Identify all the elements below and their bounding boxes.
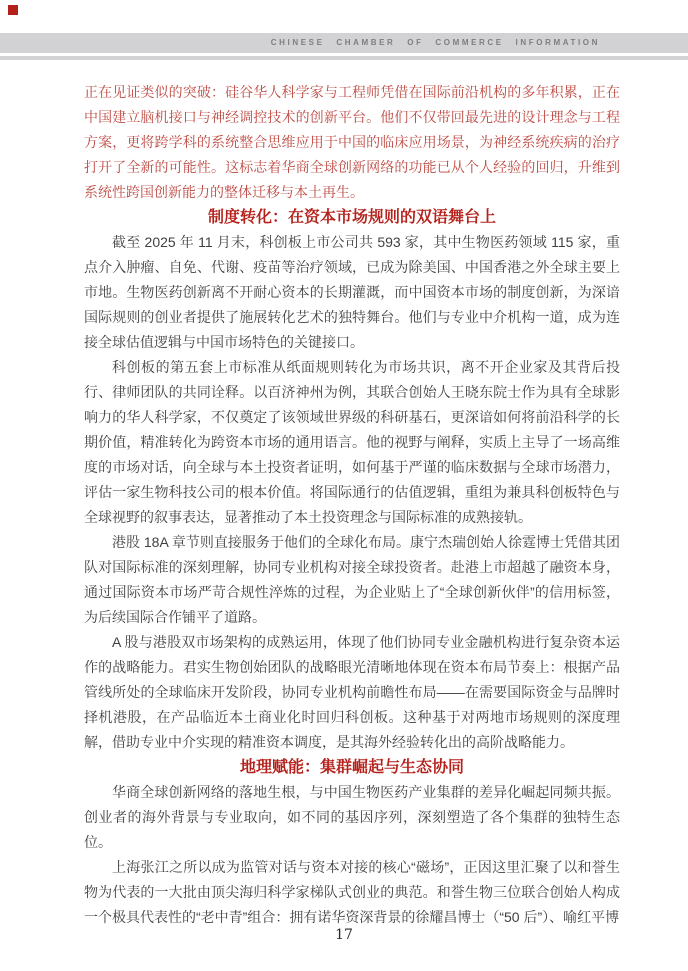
section-heading: 制度转化：在资本市场规则的双语舞台上 bbox=[84, 205, 620, 230]
body-paragraph: 正在见证类似的突破：硅谷华人科学家与工程师凭借在国际前沿机构的多年积累，正在中国… bbox=[84, 80, 620, 205]
page-number: 17 bbox=[0, 927, 688, 943]
body-paragraph: 科创板的第五套上市标准从纸面规则转化为市场共识，离不开企业家及其背后投行、律师团… bbox=[84, 355, 620, 530]
page-corner-marker bbox=[8, 5, 18, 15]
body-paragraph: 华商全球创新网络的落地生根，与中国生物医药产业集群的差异化崛起同频共振。创业者的… bbox=[84, 780, 620, 855]
body-paragraph: 截至 2025 年 11 月末，科创板上市公司共 593 家，其中生物医药领域 … bbox=[84, 230, 620, 355]
body-paragraph: A 股与港股双市场架构的成熟运用，体现了他们协同专业金融机构进行复杂资本运作的战… bbox=[84, 630, 620, 755]
section-heading: 地理赋能：集群崛起与生态协同 bbox=[84, 755, 620, 780]
body-paragraph: 港股 18A 章节则直接服务于他们的全球化布局。康宁杰瑞创始人徐霆博士凭借其团队… bbox=[84, 530, 620, 630]
header-rule bbox=[0, 56, 688, 60]
article-body: 正在见证类似的突破：硅谷华人科学家与工程师凭借在国际前沿机构的多年积累，正在中国… bbox=[84, 80, 620, 930]
header-band-title: CHINESE CHAMBER OF COMMERCE INFORMATION bbox=[271, 33, 600, 53]
header-band: CHINESE CHAMBER OF COMMERCE INFORMATION bbox=[0, 33, 688, 53]
body-paragraph: 上海张江之所以成为监管对话与资本对接的核心“磁场”，正因这里汇聚了以和誉生物为代… bbox=[84, 855, 620, 930]
